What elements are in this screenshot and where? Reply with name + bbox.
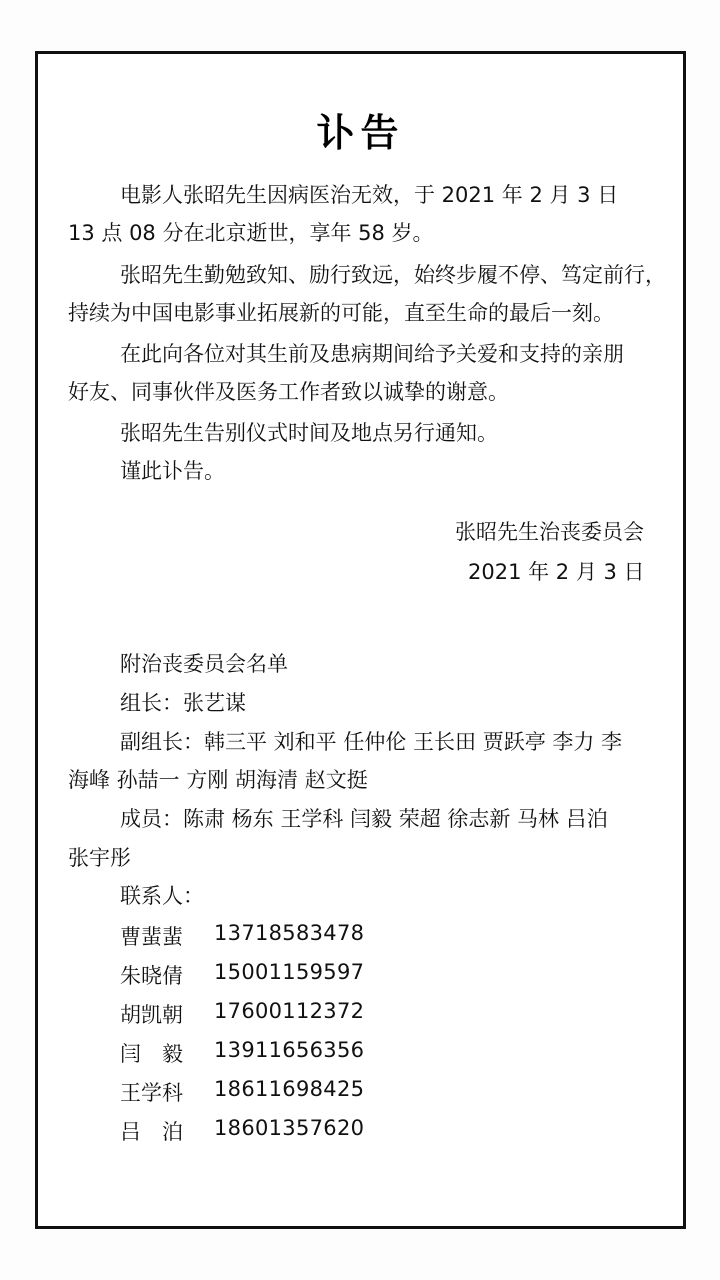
paragraph-2-line-2: 持续为中国电影事业拓展新的可能，直至生命的最后一刻。 (68, 300, 614, 326)
committee-heading: 附治丧委员会名单 (120, 651, 288, 677)
contact-name: 闫 毅 (120, 1038, 206, 1068)
paragraph-1-line-2: 13 点 08 分在北京逝世，享年 58 岁。 (68, 220, 434, 246)
signature-date: 2021 年 2 月 3 日 (468, 556, 645, 586)
contact-row: 胡凯朝 17600112372 (120, 999, 364, 1029)
paragraph-2-line-1: 张昭先生勤勉致知、励行致远，始终步履不停、笃定前行， (120, 262, 666, 288)
paragraph-1-line-1: 电影人张昭先生因病医治无效，于 2021 年 2 月 3 日 (120, 182, 618, 208)
signature-organization: 张昭先生治丧委员会 (455, 516, 644, 546)
contact-row: 闫 毅 13911656356 (120, 1038, 364, 1068)
contact-row: 王学科 18611698425 (120, 1077, 364, 1107)
contact-row: 吕 泊 18601357620 (120, 1116, 364, 1146)
contact-phone: 15001159597 (214, 960, 364, 990)
members-line-1: 成员：陈肃 杨东 王学科 闫毅 荣超 徐志新 马林 吕泊 (120, 806, 608, 832)
obituary-frame: 讣告 电影人张昭先生因病医治无效，于 2021 年 2 月 3 日 13 点 0… (35, 51, 686, 1229)
paragraph-3-line-2: 好友、同事伙伴及医务工作者致以诚挚的谢意。 (68, 379, 509, 405)
contact-row: 曹蜚蜚 13718583478 (120, 921, 364, 951)
contact-phone: 13718583478 (214, 921, 364, 951)
contact-phone: 18601357620 (214, 1116, 364, 1146)
document-title: 讣告 (38, 102, 683, 157)
contact-name: 胡凯朝 (120, 999, 206, 1029)
contact-name: 朱晓倩 (120, 960, 206, 990)
contact-name: 吕 泊 (120, 1116, 206, 1146)
paragraph-3-line-1: 在此向各位对其生前及患病期间给予关爱和支持的亲朋 (120, 341, 624, 367)
contact-name: 曹蜚蜚 (120, 921, 206, 951)
deputy-leaders-line-2: 海峰 孙喆一 方刚 胡海清 赵文挺 (68, 767, 368, 793)
contact-phone: 17600112372 (214, 999, 364, 1029)
committee-leader: 组长：张艺谋 (120, 690, 246, 716)
members-line-2: 张宇彤 (68, 845, 131, 871)
contact-phone: 13911656356 (214, 1038, 364, 1068)
contacts-heading: 联系人： (120, 883, 204, 909)
paragraph-5: 谨此讣告。 (120, 458, 225, 484)
deputy-leaders-line-1: 副组长：韩三平 刘和平 任仲伦 王长田 贾跃亭 李力 李 (120, 729, 622, 755)
contact-row: 朱晓倩 15001159597 (120, 960, 364, 990)
contact-phone: 18611698425 (214, 1077, 364, 1107)
contact-name: 王学科 (120, 1077, 206, 1107)
paragraph-4: 张昭先生告别仪式时间及地点另行通知。 (120, 420, 498, 446)
